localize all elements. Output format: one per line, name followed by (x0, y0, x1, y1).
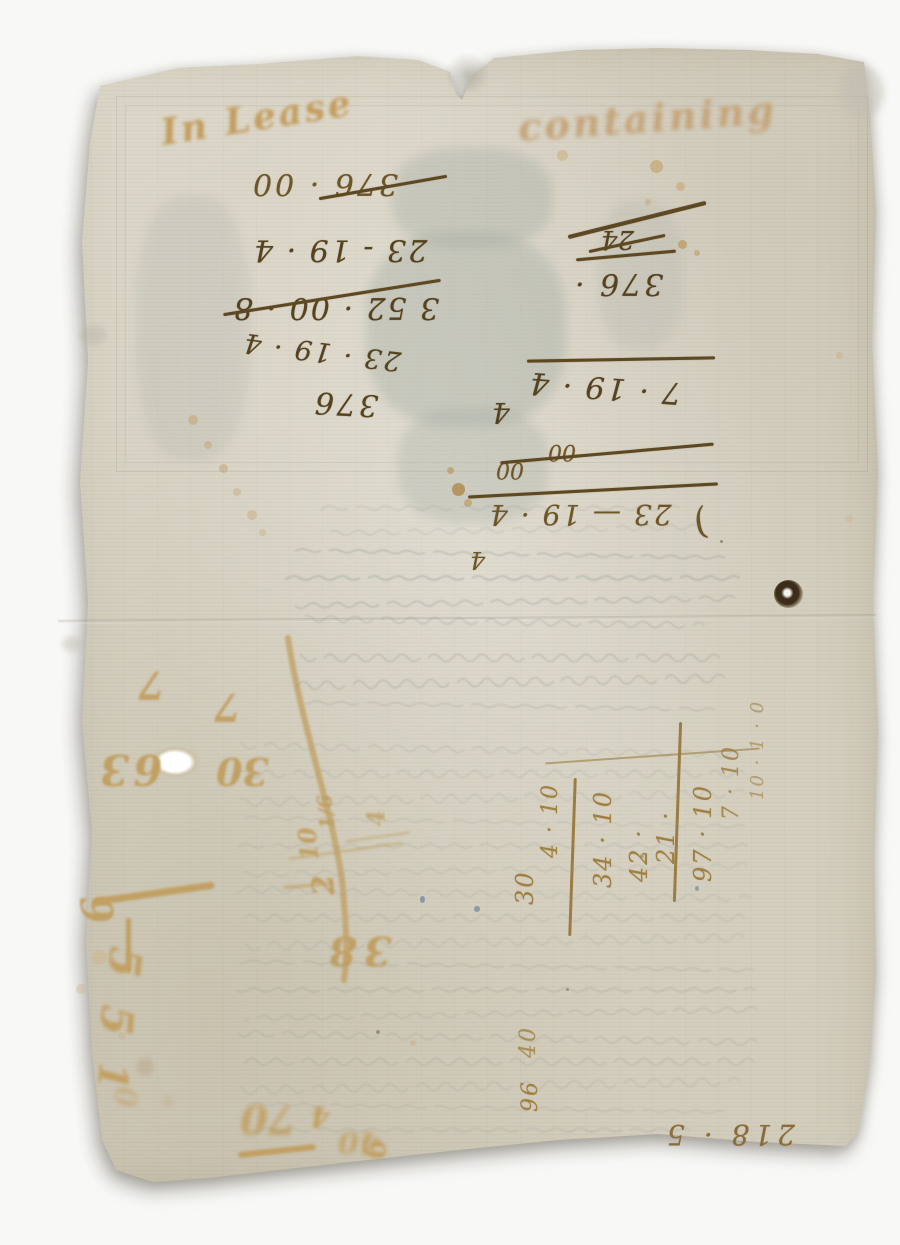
paper-surface (58, 42, 882, 1192)
paper-edge-vignette (58, 42, 882, 1192)
paper-sheet (58, 42, 882, 1192)
